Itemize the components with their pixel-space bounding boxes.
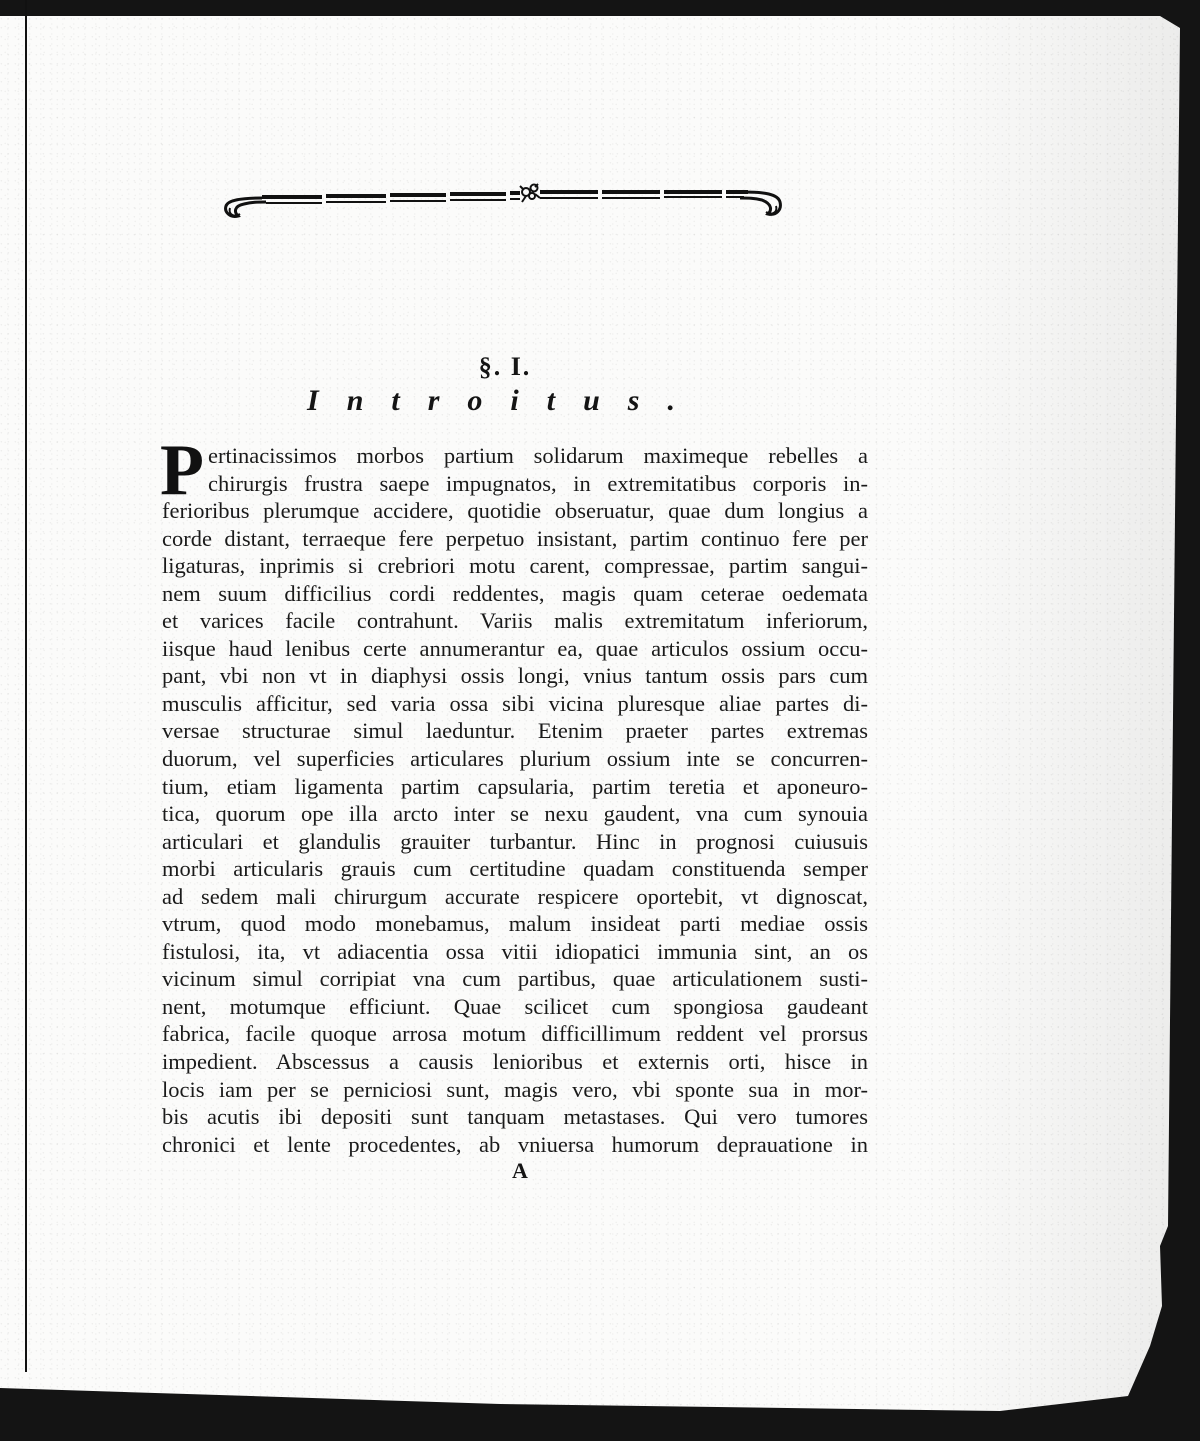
text-line: fabrica, facile quoque arrosa motum diff… <box>162 1020 868 1048</box>
text-line: duorum, vel superficies articulares plur… <box>162 745 868 773</box>
text-line: vtrum, quod modo monebamus, malum inside… <box>162 910 868 938</box>
text-line: fistulosi, ita, vt adiacentia ossa vitii… <box>162 938 868 966</box>
text-line: pant, vbi non vt in diaphysi ossis longi… <box>162 662 868 690</box>
text-line: morbi articularis grauis cum certitudine… <box>162 855 868 883</box>
text-line: iisque haud lenibus certe annumerantur e… <box>162 635 868 663</box>
section-title: Introitus. <box>0 384 1010 418</box>
text-line: musculis afficitur, sed varia ossa sibi … <box>162 690 868 718</box>
text-line: ertinacissimos morbos partium solidarum … <box>162 442 868 470</box>
signature-mark: A <box>0 1158 1040 1184</box>
page-edge-shading <box>920 16 1180 1416</box>
ornamental-headpiece-icon <box>222 176 784 220</box>
text-line: ligaturas, inprimis si crebriori motu ca… <box>162 552 868 580</box>
text-line: ad sedem mali chirurgum accurate respice… <box>162 883 868 911</box>
text-line: locis iam per se perniciosi sunt, magis … <box>162 1076 868 1104</box>
text-line: nem suum difficilius cordi reddentes, ma… <box>162 580 868 608</box>
body-paragraph: ertinacissimos morbos partium solidarum … <box>162 442 868 1158</box>
text-line: et varices facile contrahunt. Variis mal… <box>162 607 868 635</box>
text-line: chronici et lente procedentes, ab vniuer… <box>162 1131 868 1159</box>
section-number: §. I. <box>0 352 1010 382</box>
text-line: ferioribus plerumque accidere, quotidie … <box>162 497 868 525</box>
text-line: vicinum simul corripiat vna cum partibus… <box>162 965 868 993</box>
text-line: impedient. Abscessus a causis lenioribus… <box>162 1048 868 1076</box>
text-line: corde distant, terraeque fere perpetuo i… <box>162 525 868 553</box>
text-line: tium, etiam ligamenta partim capsularia,… <box>162 773 868 801</box>
text-line: articulari et glandulis grauiter turbant… <box>162 828 868 856</box>
scanned-page-view: §. I. Introitus. P ertinacissimos morbos… <box>0 0 1200 1441</box>
text-line: chirurgis frustra saepe impugnatos, in e… <box>162 470 868 498</box>
text-line: tica, quorum ope illa arcto inter se nex… <box>162 800 868 828</box>
text-line: versae structurae simul laeduntur. Eteni… <box>162 717 868 745</box>
text-line: nent, motumque efficiunt. Quae scilicet … <box>162 993 868 1021</box>
text-line: bis acutis ibi depositi sunt tanquam met… <box>162 1103 868 1131</box>
